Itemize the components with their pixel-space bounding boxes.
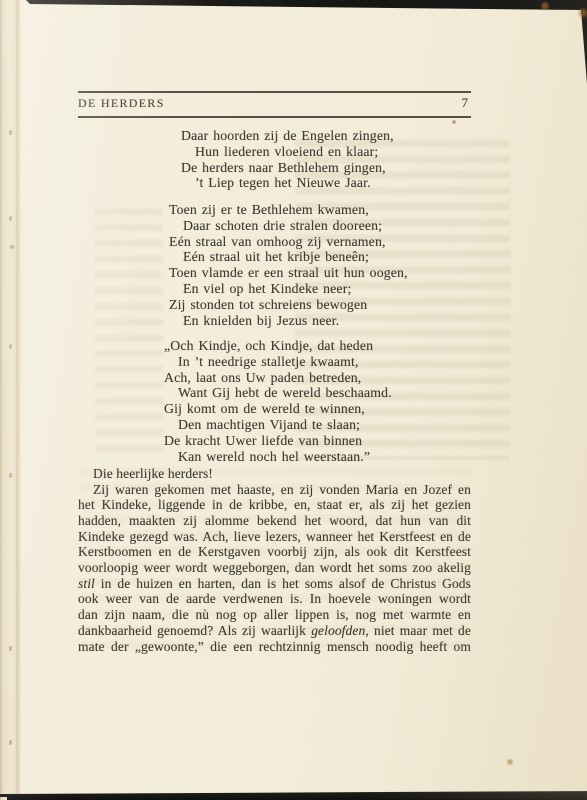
poem-line: Zij stonden tot schreiens bewogen <box>169 297 408 313</box>
prose-line: dankbaarheid genoemd? Als zij waarlijk g… <box>78 623 471 639</box>
prose-line: ook weer van de aarde verdwenen is. In h… <box>78 591 471 607</box>
poem-line: Hun liederen vloeiend en klaar; <box>195 144 394 160</box>
prose-line: stil in de huizen en harten, dan is het … <box>78 576 471 592</box>
poem-line: Daar schoten drie stralen dooreen; <box>183 218 408 234</box>
poem-line: Kan wereld noch hel weerstaan.” <box>178 449 392 465</box>
poem-line: Want Gij hebt de wereld beschaamd. <box>178 385 392 401</box>
poem-line: Eén straal van omhoog zij vernamen, <box>169 234 408 250</box>
running-header: DE HERDERS 7 <box>78 91 471 118</box>
header-rule-top <box>78 91 471 93</box>
page-number: 7 <box>462 95 472 111</box>
poem-line: Gij komt om de wereld te winnen, <box>164 401 392 417</box>
poem-line: De herders naar Bethlehem gingen, <box>181 160 394 176</box>
prose-line: dan zijn naam, die nù nog op aller lippe… <box>78 607 471 623</box>
prose-line-segment: in de huizen en harten, dan is het soms … <box>95 576 471 591</box>
poem-line: De kracht Uwer liefde van binnen <box>164 433 392 449</box>
poem-line: In ’t needrige stalletje kwaamt, <box>178 354 392 370</box>
poem-line: ’t Liep tegen het Nieuwe Jaar. <box>195 175 394 191</box>
poem-line: „Och Kindje, och Kindje, dat heden <box>164 338 392 354</box>
prose-line-segment: dankbaarheid genoemd? Als zij waarlijk <box>78 623 311 638</box>
poem-line: Toen vlamde er een straal uit hun oogen, <box>169 265 408 281</box>
prose-line: hadden, maakten zij alomme bekend het wo… <box>78 513 471 529</box>
prose-opening-line: Die heerlijke herders! <box>78 466 471 482</box>
prose-line: Kerstboomen en de Kerstgaven voorbij zij… <box>78 544 471 560</box>
poem-stanza-2: Toen zij er te Bethlehem kwamen, Daar sc… <box>169 202 408 328</box>
scan-edge-top <box>0 0 587 90</box>
poem-line: Toen zij er te Bethlehem kwamen, <box>169 202 408 218</box>
header-rule-bottom <box>78 116 471 118</box>
section-title: DE HERDERS <box>78 96 165 111</box>
scan-edge-bottom <box>0 791 587 800</box>
prose-paragraph: Zij waren gekomen met haaste, en zij von… <box>78 482 471 655</box>
page-binding-edge <box>0 0 22 800</box>
italic-word: geloofden <box>311 623 365 638</box>
prose-line-segment: , niet maar met de <box>365 623 471 638</box>
poem-stanza-1: Daar hoorden zij de Engelen zingen, Hun … <box>181 128 394 191</box>
poem-line: Eén straal uit het kribje beneên; <box>183 249 408 265</box>
prose-line: Kindeke gezegd was. Ach, lieve lezers, w… <box>78 529 471 545</box>
poem-line: En knielden bij Jezus neer. <box>183 313 408 329</box>
scanned-book-page: DE HERDERS 7 Daar hoorden zij de Engelen… <box>0 0 587 800</box>
italic-word: stil <box>78 576 95 591</box>
poem-line: Daar hoorden zij de Engelen zingen, <box>181 128 394 144</box>
header-row: DE HERDERS 7 <box>78 95 471 111</box>
poem-line: Ach, laat ons Uw paden betreden, <box>164 370 392 386</box>
poem-line: Den machtigen Vijand te slaan; <box>178 417 392 433</box>
prose-line: het Kindeke, liggende in de kribbe, en, … <box>78 497 471 513</box>
show-through-texture <box>95 208 163 460</box>
prose-line: Zij waren gekomen met haaste, en zij von… <box>78 482 471 498</box>
poem-line: En viel op het Kindeke neer; <box>183 281 408 297</box>
poem-stanza-3: „Och Kindje, och Kindje, dat heden In ’t… <box>164 338 392 464</box>
prose-line: mate der „gewoonte,” die een rechtzinnig… <box>78 639 471 655</box>
prose-line: voorloopig weer wordt weggeborgen, dan w… <box>78 560 471 576</box>
